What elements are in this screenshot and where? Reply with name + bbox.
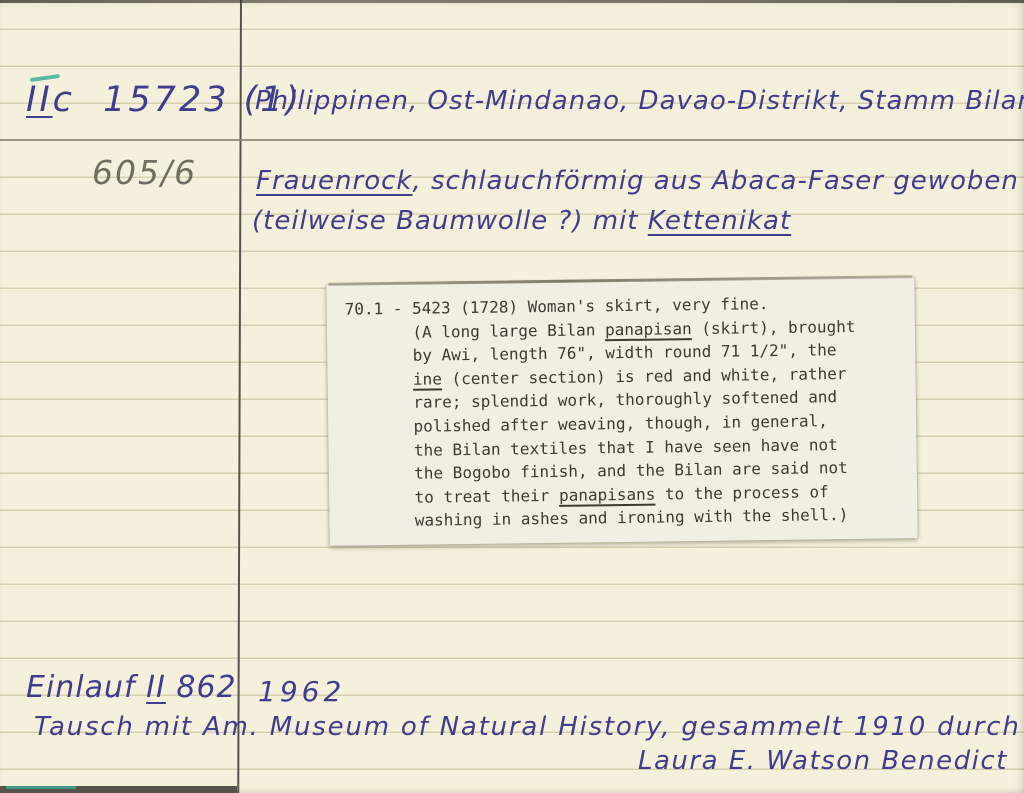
typed-note-slip: 70.1 - 5423 (1728) Woman's skirt, very f…	[326, 277, 917, 546]
text-segment: to treat their	[414, 486, 559, 507]
text-segment: (center section) is red and white, rathe…	[442, 364, 847, 388]
text-segment: by Awi, length 76", width round 71 1/2",…	[413, 340, 837, 365]
text-segment: washing in ashes and ironing with the sh…	[415, 505, 849, 530]
text-segment: 70.1 - 5423 (1728) Woman's skirt, very f…	[345, 294, 769, 319]
bottom-teal-mark	[6, 786, 76, 789]
provenance-line: Tausch mit Am. Museum of Natural History…	[34, 712, 1021, 742]
text-segment: to the process of	[655, 482, 829, 503]
inventory-number: 605/6	[92, 153, 197, 192]
text-segment: panapisan	[605, 319, 692, 339]
text-segment: Einlauf	[26, 670, 146, 705]
scanned-catalog-card: IIc 15723 (1) Philippinen, Ost-Mindanao,…	[0, 0, 1024, 793]
description-line-2: (teilweise Baumwolle ?) mit Kettenikat	[252, 206, 791, 236]
text-segment: the Bogobo finish, and the Bilan are sai…	[414, 458, 848, 483]
text-segment: Frauenrock	[256, 166, 412, 196]
text-segment: ine	[413, 369, 442, 388]
text-segment: (skirt), brought	[692, 317, 856, 338]
accession-entry: Einlauf II 862	[26, 670, 237, 705]
text-segment: the Bilan textiles that I have seen have…	[414, 435, 838, 460]
text-segment: (A long large Bilan	[412, 320, 605, 342]
text-segment: rare; splendid work, thoroughly softened…	[413, 388, 837, 413]
location-line: Philippinen, Ost-Mindanao, Davao-Distrik…	[255, 86, 1024, 116]
text-segment: (teilweise Baumwolle ?) mit	[252, 206, 648, 236]
text-segment: II	[26, 80, 53, 120]
text-segment: panapisans	[559, 484, 656, 504]
collector-name: Laura E. Watson Benedict	[638, 746, 1008, 776]
accession-year: 1962	[258, 675, 345, 708]
text-segment: 862	[166, 670, 237, 705]
text-segment: II	[146, 670, 166, 705]
card-top-edge	[0, 0, 1024, 3]
header-separator-line	[0, 139, 1024, 141]
description-line-1: Frauenrock, schlauchförmig aus Abaca-Fas…	[256, 166, 1019, 196]
text-segment: polished after weaving, though, in gener…	[413, 411, 827, 435]
text-segment: Kettenikat	[648, 206, 791, 236]
text-segment: , schlauchförmig aus Abaca-Faser gewoben	[412, 166, 1018, 196]
